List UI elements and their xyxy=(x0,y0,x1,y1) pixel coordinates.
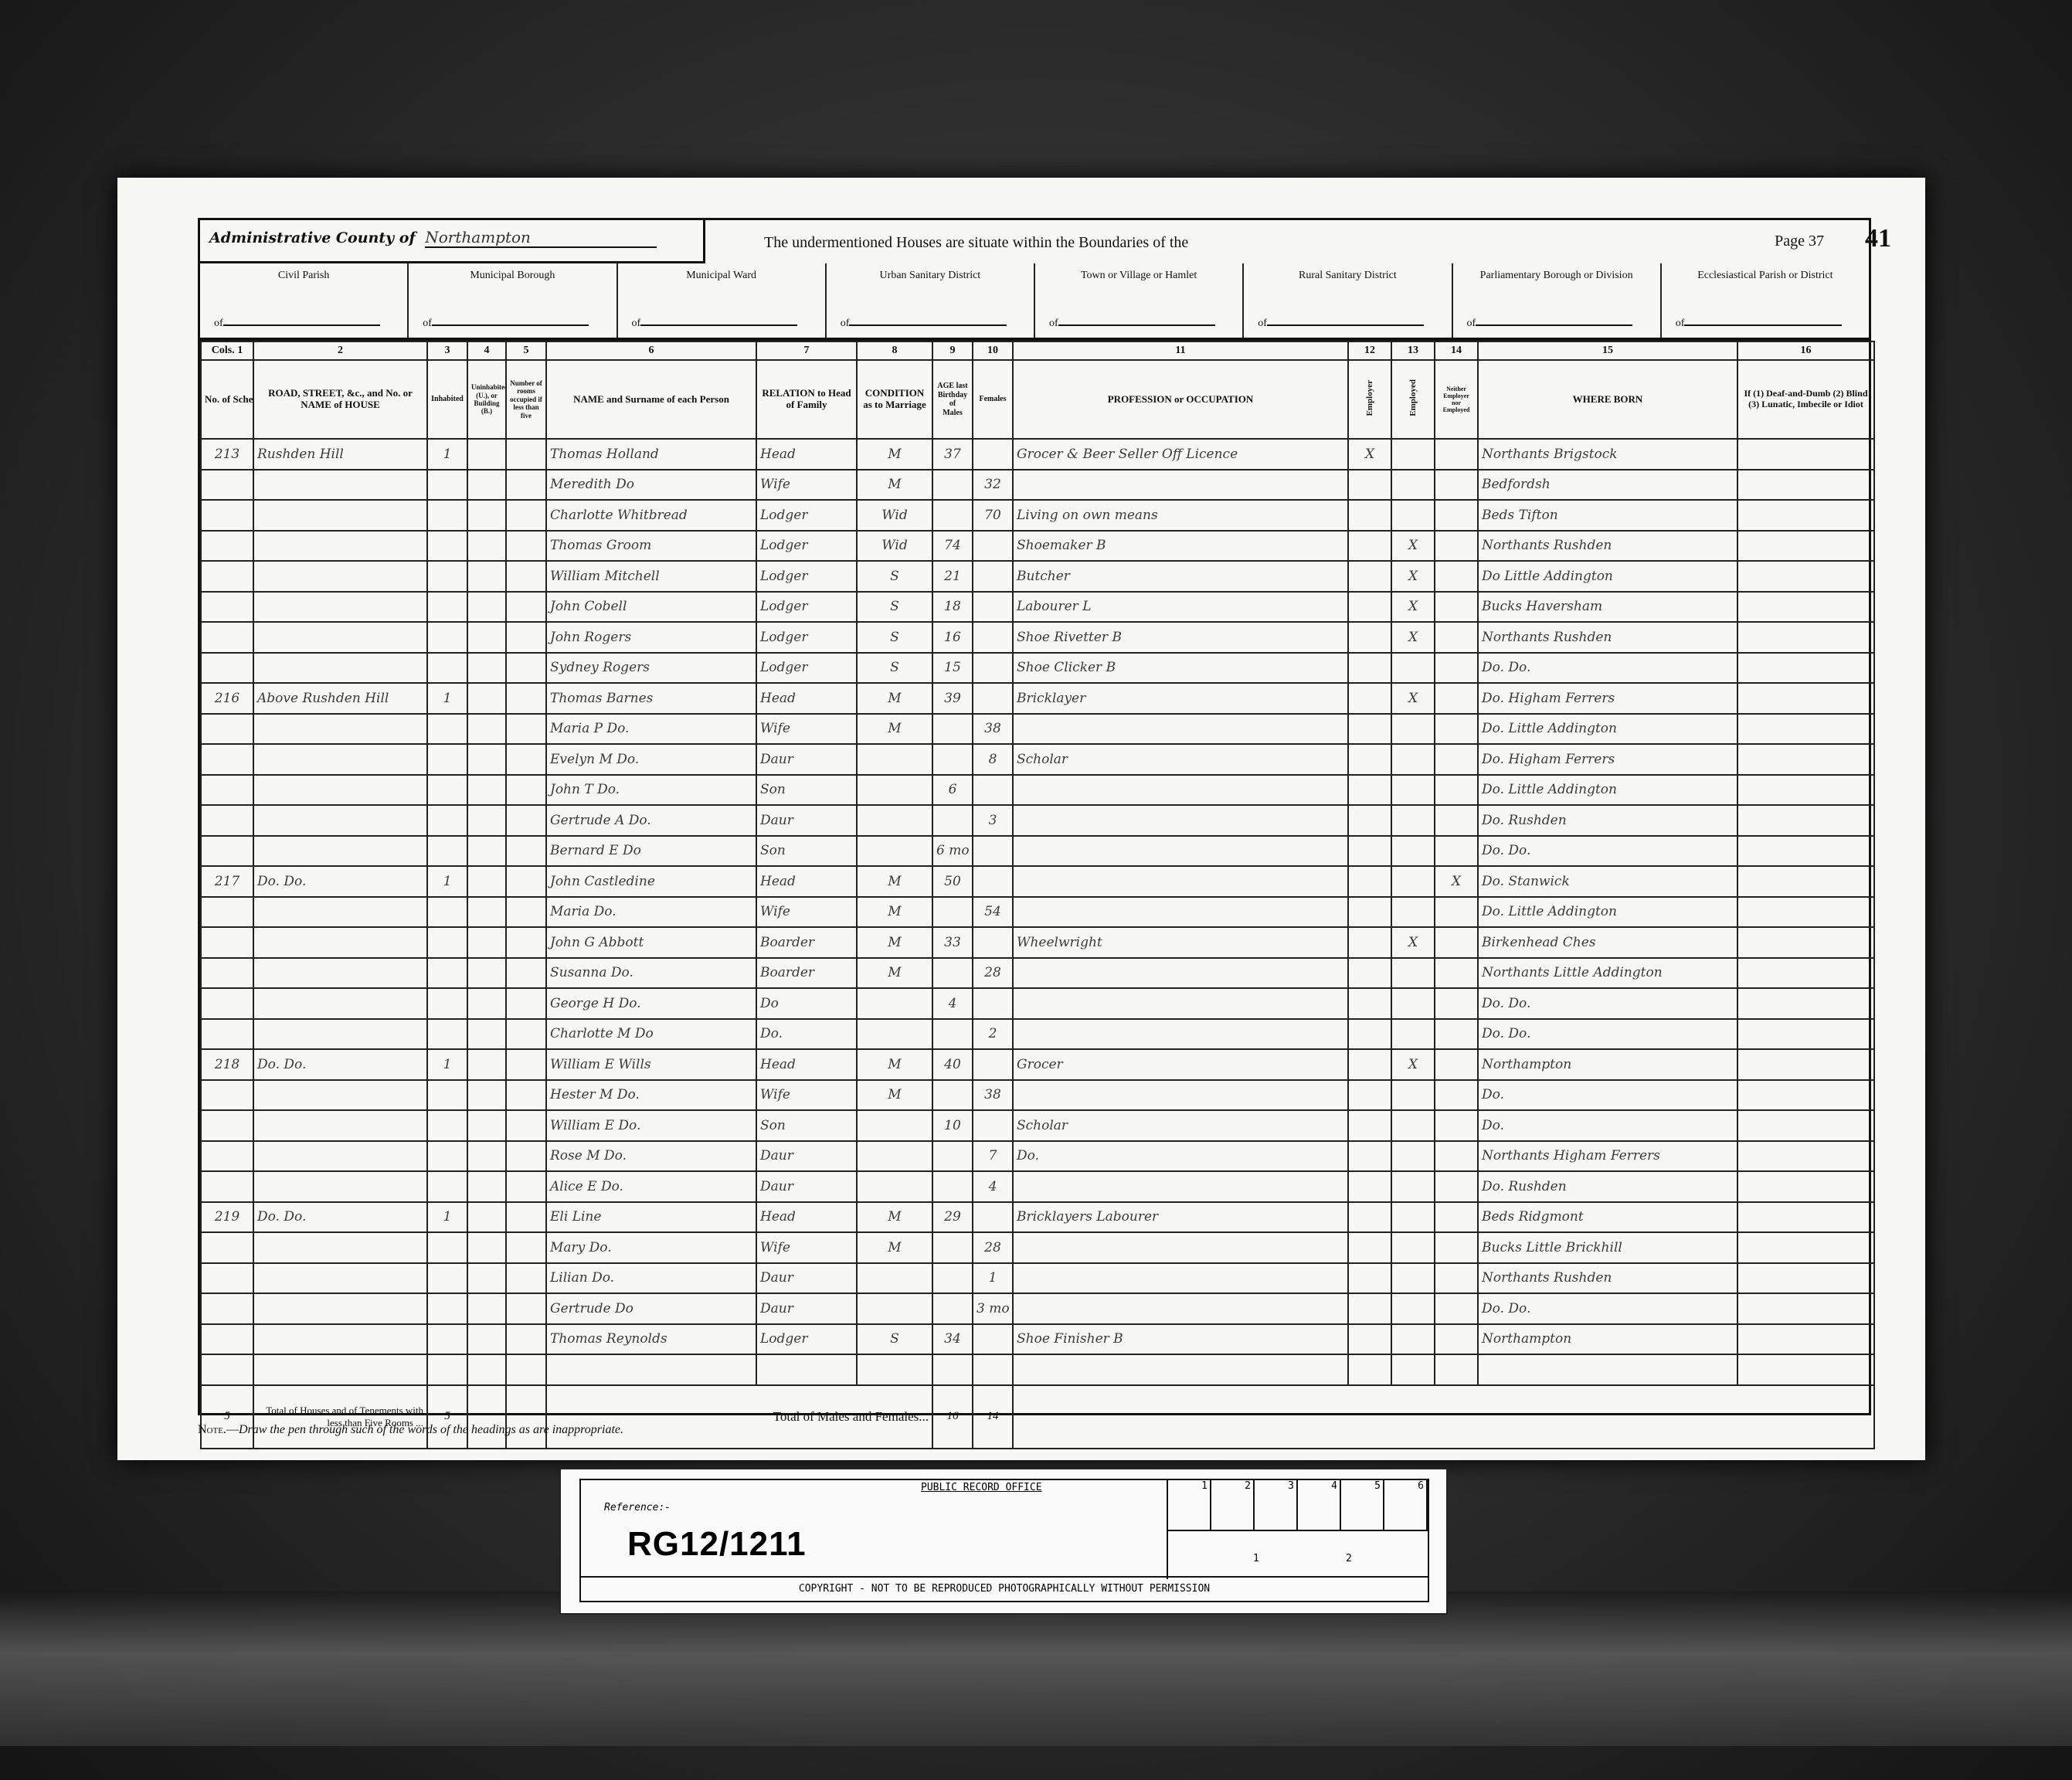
employed xyxy=(1391,1019,1435,1050)
employed xyxy=(1391,1141,1435,1172)
uninhabited xyxy=(467,897,506,928)
column-header-row: No. of Schedule ROAD, STREET, &c., and N… xyxy=(201,360,1874,439)
road-name xyxy=(253,805,427,836)
person-name: Alice E Do. xyxy=(546,1171,756,1202)
road-name: Rushden Hill xyxy=(253,439,427,470)
relation: Daur xyxy=(756,1171,857,1202)
employed xyxy=(1391,439,1435,470)
person-name: Susanna Do. xyxy=(546,958,756,989)
employed xyxy=(1391,958,1435,989)
employer xyxy=(1348,1110,1391,1141)
inhabited xyxy=(427,1110,467,1141)
age-female xyxy=(973,1324,1013,1355)
age-male: 50 xyxy=(932,866,973,897)
condition: Wid xyxy=(857,531,932,562)
infirmity xyxy=(1737,775,1874,806)
header-road: ROAD, STREET, &c., and No. or NAME of HO… xyxy=(253,360,427,439)
age-female xyxy=(973,1049,1013,1080)
schedule-total: 5 xyxy=(201,1385,253,1449)
person-name: Evelyn M Do. xyxy=(546,744,756,775)
ruler-in-1: 1 xyxy=(1253,1553,1259,1564)
relation: Daur xyxy=(756,1293,857,1324)
table-row: Charlotte WhitbreadLodgerWid70Living on … xyxy=(201,500,1874,531)
condition xyxy=(857,805,932,836)
person-name: Gertrude A Do. xyxy=(546,805,756,836)
table-row: Maria Do.WifeM54Do. Little Addington xyxy=(201,897,1874,928)
schedule-no xyxy=(201,927,253,958)
header-neither: Neither Employer nor Employed xyxy=(1435,360,1478,439)
inhabited xyxy=(427,805,467,836)
infirmity xyxy=(1737,1324,1874,1355)
col-number-11: 12 xyxy=(1348,341,1391,360)
employed xyxy=(1391,1293,1435,1324)
relation: Son xyxy=(756,1110,857,1141)
relation: Do. xyxy=(756,1019,857,1050)
where-born: Do. Do. xyxy=(1478,653,1737,684)
age-female: 3 xyxy=(973,805,1013,836)
infirmity xyxy=(1737,1354,1874,1385)
ruler-cm-2: 2 xyxy=(1211,1480,1255,1530)
rooms xyxy=(506,836,546,867)
employer xyxy=(1348,866,1391,897)
district-1: Municipal Boroughof xyxy=(409,263,617,338)
inhabited: 1 xyxy=(427,866,467,897)
condition xyxy=(857,1354,932,1385)
employed xyxy=(1391,1202,1435,1233)
employed: X xyxy=(1391,561,1435,592)
employer xyxy=(1348,836,1391,867)
neither xyxy=(1435,1110,1478,1141)
relation: Wife xyxy=(756,714,857,745)
where-born: Northampton xyxy=(1478,1324,1737,1355)
infirmity xyxy=(1737,897,1874,928)
condition: S xyxy=(857,622,932,653)
occupation: Bricklayer xyxy=(1013,683,1348,714)
uninhabited xyxy=(467,836,506,867)
inhabited: 1 xyxy=(427,1049,467,1080)
infirmity xyxy=(1737,470,1874,501)
road-name xyxy=(253,531,427,562)
rooms xyxy=(506,439,546,470)
where-born: Do Little Addington xyxy=(1478,561,1737,592)
col-number-4: 5 xyxy=(506,341,546,360)
neither xyxy=(1435,653,1478,684)
schedule-no xyxy=(201,1293,253,1324)
table-row: 218Do. Do.1William E WillsHeadM40GrocerX… xyxy=(201,1049,1874,1080)
employed: X xyxy=(1391,622,1435,653)
uninhabited xyxy=(467,1141,506,1172)
occupation: Shoe Clicker B xyxy=(1013,653,1348,684)
employed xyxy=(1391,744,1435,775)
females-total: 14 xyxy=(973,1385,1013,1449)
schedule-no xyxy=(201,622,253,653)
relation: Daur xyxy=(756,805,857,836)
relation: Daur xyxy=(756,1141,857,1172)
age-female: 38 xyxy=(973,1080,1013,1111)
table-row: Charlotte M DoDo.2Do. Do. xyxy=(201,1019,1874,1050)
condition: M xyxy=(857,683,932,714)
age-male xyxy=(932,1293,973,1324)
employer xyxy=(1348,1049,1391,1080)
inhabited xyxy=(427,897,467,928)
person-name: Thomas Barnes xyxy=(546,683,756,714)
schedule-no xyxy=(201,561,253,592)
inhabited xyxy=(427,1080,467,1111)
employer xyxy=(1348,1080,1391,1111)
neither xyxy=(1435,744,1478,775)
uninhabited xyxy=(467,805,506,836)
schedule-no xyxy=(201,1232,253,1263)
rooms xyxy=(506,561,546,592)
relation: Lodger xyxy=(756,531,857,562)
age-female xyxy=(973,1202,1013,1233)
col-number-13: 14 xyxy=(1435,341,1478,360)
header-uninhabited: Uninhabited (U.), or Building (B.) xyxy=(467,360,506,439)
relation: Boarder xyxy=(756,927,857,958)
employer xyxy=(1348,1293,1391,1324)
uninhabited xyxy=(467,592,506,623)
infirmity xyxy=(1737,1019,1874,1050)
inhabited xyxy=(427,958,467,989)
person-name: Gertrude Do xyxy=(546,1293,756,1324)
table-row: Gertrude A Do.Daur3Do. Rushden xyxy=(201,805,1874,836)
rooms xyxy=(506,805,546,836)
neither xyxy=(1435,470,1478,501)
occupation: Bricklayers Labourer xyxy=(1013,1202,1348,1233)
column-number-row: Cols. 12345678910111213141516 xyxy=(201,341,1874,360)
employed xyxy=(1391,500,1435,531)
inhabited xyxy=(427,1171,467,1202)
where-born: Bucks Little Brickhill xyxy=(1478,1232,1737,1263)
public-record-office-label: PUBLIC RECORD OFFICE Reference:- RG12/12… xyxy=(559,1468,1448,1615)
age-female: 7 xyxy=(973,1141,1013,1172)
neither xyxy=(1435,1324,1478,1355)
road-name xyxy=(253,775,427,806)
uninhabited xyxy=(467,1293,506,1324)
age-female: 1 xyxy=(973,1263,1013,1294)
inhabited: 1 xyxy=(427,439,467,470)
table-row xyxy=(201,1354,1874,1385)
age-male xyxy=(932,1019,973,1050)
rooms xyxy=(506,1141,546,1172)
occupation xyxy=(1013,866,1348,897)
district-3: Urban Sanitary Districtof xyxy=(827,263,1035,338)
employed xyxy=(1391,1354,1435,1385)
road-name: Do. Do. xyxy=(253,1202,427,1233)
employer xyxy=(1348,927,1391,958)
employer xyxy=(1348,1354,1391,1385)
occupation: Grocer xyxy=(1013,1049,1348,1080)
page-number: Page 37 xyxy=(1775,233,1824,250)
inhabited xyxy=(427,622,467,653)
table-row: 216Above Rushden Hill1Thomas BarnesHeadM… xyxy=(201,683,1874,714)
table-row: John G AbbottBoarderM33WheelwrightXBirke… xyxy=(201,927,1874,958)
table-row: Sydney RogersLodgerS15Shoe Clicker BDo. … xyxy=(201,653,1874,684)
occupation: Wheelwright xyxy=(1013,927,1348,958)
where-born: Northants Rushden xyxy=(1478,1263,1737,1294)
infirmity xyxy=(1737,866,1874,897)
ruler-in-2: 2 xyxy=(1346,1553,1352,1564)
rooms xyxy=(506,1019,546,1050)
relation: Lodger xyxy=(756,653,857,684)
infirmity xyxy=(1737,988,1874,1019)
employed xyxy=(1391,775,1435,806)
occupation xyxy=(1013,775,1348,806)
uninhabited xyxy=(467,1263,506,1294)
occupation: Butcher xyxy=(1013,561,1348,592)
table-row: John RogersLodgerS16Shoe Rivetter BXNort… xyxy=(201,622,1874,653)
occupation xyxy=(1013,1019,1348,1050)
age-female xyxy=(973,866,1013,897)
age-male: 10 xyxy=(932,1110,973,1141)
person-name: Rose M Do. xyxy=(546,1141,756,1172)
district-7: Ecclesiastical Parish or Districtof xyxy=(1662,263,1869,338)
col-number-15: 16 xyxy=(1737,341,1874,360)
table-row: William MitchellLodgerS21ButcherXDo Litt… xyxy=(201,561,1874,592)
uninhabited xyxy=(467,653,506,684)
age-male: 21 xyxy=(932,561,973,592)
relation: Head xyxy=(756,1049,857,1080)
neither xyxy=(1435,1019,1478,1050)
person-name xyxy=(546,1354,756,1385)
col-number-9: 10 xyxy=(973,341,1013,360)
person-name: Bernard E Do xyxy=(546,836,756,867)
where-born: Do. Higham Ferrers xyxy=(1478,744,1737,775)
person-name: Thomas Reynolds xyxy=(546,1324,756,1355)
uninhabited xyxy=(467,775,506,806)
infirmity xyxy=(1737,500,1874,531)
age-female xyxy=(973,988,1013,1019)
where-born: Do. Do. xyxy=(1478,1019,1737,1050)
road-name xyxy=(253,1141,427,1172)
age-female xyxy=(973,653,1013,684)
relation: Lodger xyxy=(756,622,857,653)
infirmity xyxy=(1737,1110,1874,1141)
road-name xyxy=(253,1263,427,1294)
rooms xyxy=(506,1202,546,1233)
header-name: NAME and Surname of each Person xyxy=(546,360,756,439)
col-number-12: 13 xyxy=(1391,341,1435,360)
employer xyxy=(1348,805,1391,836)
header-occupation: PROFESSION or OCCUPATION xyxy=(1013,360,1348,439)
person-name: John G Abbott xyxy=(546,927,756,958)
condition: M xyxy=(857,1080,932,1111)
header-inhabited: Inhabited xyxy=(427,360,467,439)
occupation: Shoemaker B xyxy=(1013,531,1348,562)
occupation xyxy=(1013,1354,1348,1385)
rooms xyxy=(506,744,546,775)
census-form: Administrative County of Northampton The… xyxy=(198,218,1871,1415)
table-row: 219Do. Do.1Eli LineHeadM29Bricklayers La… xyxy=(201,1202,1874,1233)
table-row: William E Do.Son10ScholarDo. xyxy=(201,1110,1874,1141)
employer xyxy=(1348,897,1391,928)
employer xyxy=(1348,775,1391,806)
schedule-no xyxy=(201,592,253,623)
condition: M xyxy=(857,1049,932,1080)
schedule-no xyxy=(201,836,253,867)
employer xyxy=(1348,531,1391,562)
header-employed: Employed xyxy=(1391,360,1435,439)
schedule-no xyxy=(201,653,253,684)
ruler-cm-4: 4 xyxy=(1298,1480,1341,1530)
age-male: 29 xyxy=(932,1202,973,1233)
inhabited: 1 xyxy=(427,683,467,714)
inhabited xyxy=(427,653,467,684)
where-born: Do. Higham Ferrers xyxy=(1478,683,1737,714)
road-name xyxy=(253,714,427,745)
schedule-no xyxy=(201,1354,253,1385)
employer xyxy=(1348,500,1391,531)
employer xyxy=(1348,470,1391,501)
age-male xyxy=(932,1141,973,1172)
rooms xyxy=(506,1110,546,1141)
condition: M xyxy=(857,439,932,470)
header-schedule: No. of Schedule xyxy=(201,360,253,439)
road-name xyxy=(253,836,427,867)
where-born: Do. xyxy=(1478,1080,1737,1111)
schedule-no: 218 xyxy=(201,1049,253,1080)
condition xyxy=(857,836,932,867)
road-name: Above Rushden Hill xyxy=(253,683,427,714)
where-born: Northants Rushden xyxy=(1478,531,1737,562)
ruler-cm-3: 3 xyxy=(1255,1480,1298,1530)
inhabited xyxy=(427,744,467,775)
age-female xyxy=(973,836,1013,867)
ruler-cm-5: 5 xyxy=(1341,1480,1384,1530)
scan-shadow-band xyxy=(0,1591,2072,1746)
neither xyxy=(1435,805,1478,836)
schedule-no xyxy=(201,531,253,562)
road-name xyxy=(253,1232,427,1263)
infirmity xyxy=(1737,1202,1874,1233)
employed: X xyxy=(1391,927,1435,958)
relation: Lodger xyxy=(756,1324,857,1355)
table-row: Thomas GroomLodgerWid74Shoemaker BXNorth… xyxy=(201,531,1874,562)
schedule-no xyxy=(201,805,253,836)
schedule-no: 219 xyxy=(201,1202,253,1233)
schedule-no xyxy=(201,1141,253,1172)
employer xyxy=(1348,988,1391,1019)
age-female xyxy=(973,439,1013,470)
rooms xyxy=(506,500,546,531)
inhabited xyxy=(427,531,467,562)
district-0: Civil Parishof xyxy=(200,263,409,338)
col-number-8: 9 xyxy=(932,341,973,360)
col-number-1: 2 xyxy=(253,341,427,360)
schedule-no xyxy=(201,1324,253,1355)
road-name xyxy=(253,470,427,501)
condition: M xyxy=(857,1232,932,1263)
rooms xyxy=(506,1324,546,1355)
infirmity xyxy=(1737,653,1874,684)
condition xyxy=(857,988,932,1019)
col-number-10: 11 xyxy=(1013,341,1348,360)
inhabited xyxy=(427,1232,467,1263)
employed: X xyxy=(1391,1049,1435,1080)
uninhabited xyxy=(467,714,506,745)
inhabited: 1 xyxy=(427,1202,467,1233)
inhabited xyxy=(427,836,467,867)
neither: X xyxy=(1435,866,1478,897)
infirmity xyxy=(1737,1171,1874,1202)
copyright-notice: COPYRIGHT - NOT TO BE REPRODUCED PHOTOGR… xyxy=(581,1576,1428,1601)
condition xyxy=(857,1141,932,1172)
employer xyxy=(1348,1202,1391,1233)
employed xyxy=(1391,866,1435,897)
age-male: 6 mo xyxy=(932,836,973,867)
schedule-no xyxy=(201,1019,253,1050)
relation: Lodger xyxy=(756,592,857,623)
person-name: Charlotte Whitbread xyxy=(546,500,756,531)
rooms xyxy=(506,1263,546,1294)
table-row: Evelyn M Do.Daur8ScholarDo. Higham Ferre… xyxy=(201,744,1874,775)
age-male: 18 xyxy=(932,592,973,623)
rooms xyxy=(506,1171,546,1202)
condition: M xyxy=(857,470,932,501)
neither xyxy=(1435,988,1478,1019)
table-row: 213Rushden Hill1Thomas HollandHeadM37Gro… xyxy=(201,439,1874,470)
age-female xyxy=(973,561,1013,592)
schedule-no xyxy=(201,1080,253,1111)
occupation: Grocer & Beer Seller Off Licence xyxy=(1013,439,1348,470)
employer: X xyxy=(1348,439,1391,470)
relation: Head xyxy=(756,683,857,714)
age-female: 32 xyxy=(973,470,1013,501)
employed xyxy=(1391,897,1435,928)
condition xyxy=(857,1171,932,1202)
schedule-no xyxy=(201,1110,253,1141)
rooms xyxy=(506,531,546,562)
age-female xyxy=(973,683,1013,714)
where-born: Do. Little Addington xyxy=(1478,714,1737,745)
inhabited xyxy=(427,1141,467,1172)
employer xyxy=(1348,683,1391,714)
road-name xyxy=(253,744,427,775)
rooms xyxy=(506,1354,546,1385)
road-name xyxy=(253,1110,427,1141)
uninhabited xyxy=(467,561,506,592)
uninhabited xyxy=(467,1232,506,1263)
table-row: Thomas ReynoldsLodgerS34Shoe Finisher BN… xyxy=(201,1324,1874,1355)
rooms xyxy=(506,958,546,989)
road-name xyxy=(253,592,427,623)
age-male: 15 xyxy=(932,653,973,684)
county-label: Administrative County of xyxy=(209,229,416,246)
uninhabited xyxy=(467,1354,506,1385)
neither xyxy=(1435,531,1478,562)
rooms xyxy=(506,622,546,653)
occupation: Scholar xyxy=(1013,744,1348,775)
district-2: Municipal Wardof xyxy=(618,263,827,338)
rooms xyxy=(506,927,546,958)
table-row: John CobellLodgerS18Labourer LXBucks Hav… xyxy=(201,592,1874,623)
person-name: Thomas Groom xyxy=(546,531,756,562)
district-4: Town or Village or Hamletof xyxy=(1035,263,1244,338)
district-6: Parliamentary Borough or Divisionof xyxy=(1453,263,1662,338)
person-name: Meredith Do xyxy=(546,470,756,501)
employed: X xyxy=(1391,592,1435,623)
schedule-no: 213 xyxy=(201,439,253,470)
inhabited xyxy=(427,714,467,745)
occupation: Living on own means xyxy=(1013,500,1348,531)
rooms xyxy=(506,470,546,501)
uninhabited xyxy=(467,988,506,1019)
age-male xyxy=(932,1263,973,1294)
condition: M xyxy=(857,958,932,989)
condition: M xyxy=(857,866,932,897)
col-number-7: 8 xyxy=(857,341,932,360)
age-male: 39 xyxy=(932,683,973,714)
